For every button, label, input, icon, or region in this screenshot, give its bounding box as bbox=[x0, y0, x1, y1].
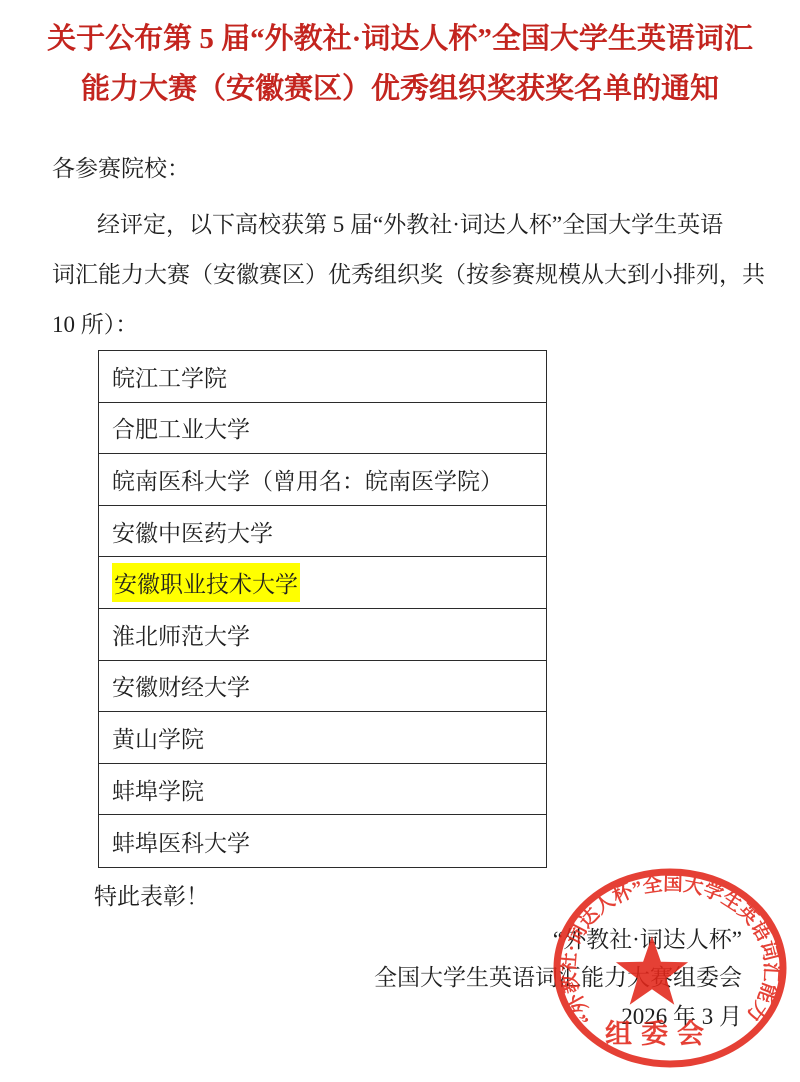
table-row: 安徽中医药大学 bbox=[99, 506, 546, 558]
document-body: 各参赛院校： 经评定，以下高校获第 5 届“外教社·词达人杯”全国大学生英语 词… bbox=[52, 154, 748, 1036]
university-name: 合肥工业大学 bbox=[112, 411, 250, 444]
title-line-1: 关于公布第 5 届“外教社·词达人杯”全国大学生英语词汇 bbox=[0, 14, 800, 64]
signature-block: “外教社·词达人杯” 全国大学生英语词汇能力大赛组委会 2026 年 3 月 bbox=[52, 921, 748, 1037]
table-row: 皖江工学院 bbox=[99, 351, 546, 403]
salutation: 各参赛院校： bbox=[52, 154, 748, 184]
university-name: 安徽财经大学 bbox=[112, 669, 250, 702]
table-row: 蚌埠学院 bbox=[99, 764, 546, 816]
table-row: 蚌埠医科大学 bbox=[99, 815, 546, 867]
title-line-2: 能力大赛（安徽赛区）优秀组织奖获奖名单的通知 bbox=[0, 64, 800, 114]
award-table: 皖江工学院合肥工业大学皖南医科大学（曾用名：皖南医学院）安徽中医药大学安徽职业技… bbox=[98, 350, 547, 868]
university-name: 黄山学院 bbox=[112, 721, 204, 754]
closing-remark: 特此表彰！ bbox=[52, 882, 748, 912]
university-name: 淮北师范大学 bbox=[112, 618, 250, 651]
paragraph-line-1: 经评定，以下高校获第 5 届“外教社·词达人杯”全国大学生英语 bbox=[52, 200, 748, 250]
table-row: 黄山学院 bbox=[99, 712, 546, 764]
university-name: 蚌埠学院 bbox=[112, 773, 204, 806]
university-name: 蚌埠医科大学 bbox=[112, 825, 250, 858]
table-row: 淮北师范大学 bbox=[99, 609, 546, 661]
notice-document: 关于公布第 5 届“外教社·词达人杯”全国大学生英语词汇 能力大赛（安徽赛区）优… bbox=[0, 0, 800, 1082]
signature-line-1: “外教社·词达人杯” bbox=[52, 921, 742, 960]
signature-line-2: 全国大学生英语词汇能力大赛组委会 bbox=[52, 959, 742, 998]
university-name: 安徽中医药大学 bbox=[112, 515, 273, 548]
university-name: 安徽职业技术大学 bbox=[112, 563, 300, 602]
table-row: 安徽财经大学 bbox=[99, 661, 546, 713]
paragraph-line-2: 词汇能力大赛（安徽赛区）优秀组织奖（按参赛规模从大到小排列，共 bbox=[52, 250, 748, 300]
table-row: 合肥工业大学 bbox=[99, 403, 546, 455]
university-name: 皖江工学院 bbox=[112, 360, 227, 393]
university-name: 皖南医科大学（曾用名：皖南医学院） bbox=[112, 463, 503, 496]
table-row: 皖南医科大学（曾用名：皖南医学院） bbox=[99, 454, 546, 506]
document-title: 关于公布第 5 届“外教社·词达人杯”全国大学生英语词汇 能力大赛（安徽赛区）优… bbox=[0, 0, 800, 114]
paragraph-line-3: 10 所）： bbox=[52, 300, 748, 350]
signature-date: 2026 年 3 月 bbox=[52, 998, 742, 1037]
intro-paragraph: 经评定，以下高校获第 5 届“外教社·词达人杯”全国大学生英语 词汇能力大赛（安… bbox=[52, 200, 748, 350]
table-row: 安徽职业技术大学 bbox=[99, 557, 546, 609]
